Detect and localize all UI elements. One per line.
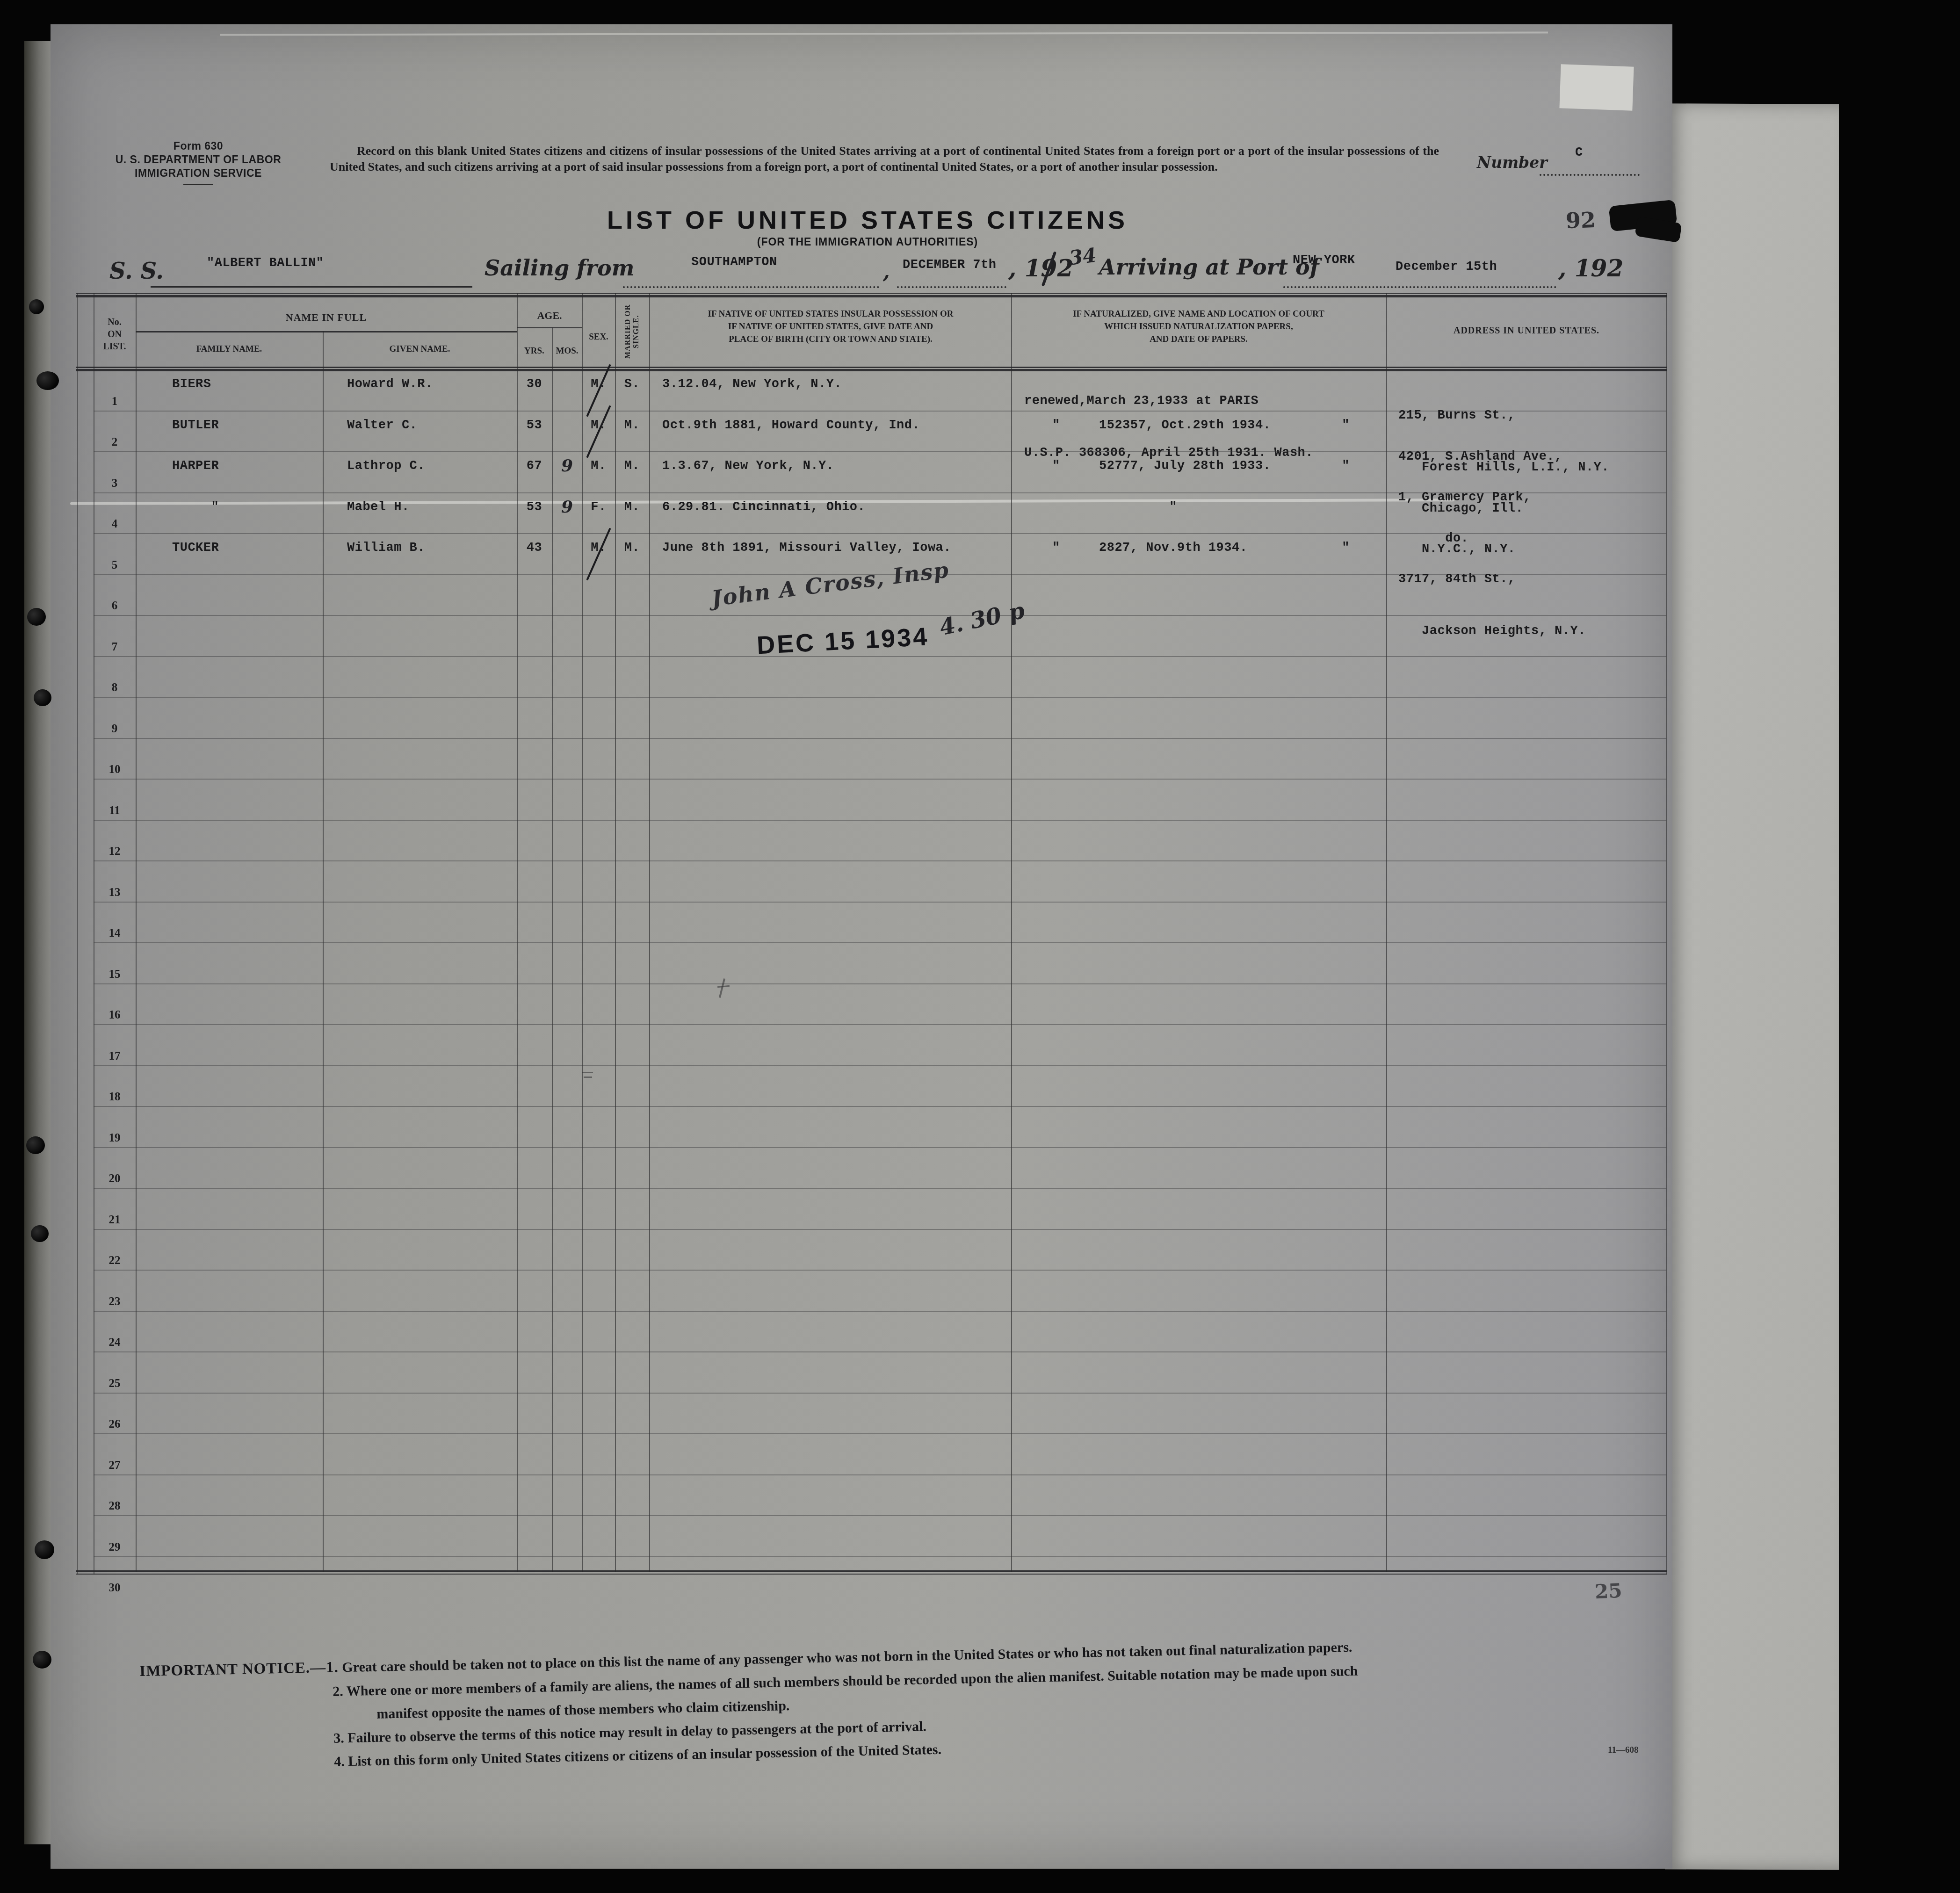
age-header-rule xyxy=(517,327,582,328)
address-cell xyxy=(1386,1394,1666,1434)
number-blank-line xyxy=(1540,174,1640,176)
age-years-cell xyxy=(517,1352,552,1393)
table-row-27: 27 xyxy=(94,1434,1666,1475)
birth-cell: June 8th 1891, Missouri Valley, Iowa. xyxy=(649,534,1011,574)
age-months-cell xyxy=(552,984,582,1025)
address-cell xyxy=(1386,1475,1666,1516)
under-sheet xyxy=(1665,103,1839,1870)
given-name-cell xyxy=(323,1557,517,1597)
table-row-28: 28 xyxy=(94,1475,1666,1517)
married-single-cell xyxy=(615,575,649,615)
married-single-cell xyxy=(615,1475,649,1516)
birth-cell xyxy=(649,1189,1011,1229)
given-name-cell xyxy=(323,984,517,1025)
address-cell xyxy=(1386,575,1666,615)
family-name-cell xyxy=(136,1312,323,1352)
header-married-or-single: MARRIED OR SINGLE. xyxy=(616,296,649,368)
married-single-cell xyxy=(615,1025,649,1065)
sailing-date: DECEMBER 7th xyxy=(903,258,996,272)
address-cell xyxy=(1386,739,1666,779)
age-years-cell xyxy=(517,1271,552,1311)
family-name-cell xyxy=(136,1189,323,1229)
family-name-cell: " xyxy=(136,493,323,534)
arriving-label: Arriving at Port of xyxy=(1099,254,1319,280)
family-name-cell xyxy=(136,821,323,861)
age-years-cell xyxy=(517,903,552,943)
row-number: 1 xyxy=(94,370,136,411)
row-number: 17 xyxy=(94,1025,136,1065)
sailing-port-line xyxy=(623,286,879,288)
table-row-8: 8 xyxy=(94,657,1666,698)
birth-cell xyxy=(649,1312,1011,1352)
given-name-cell xyxy=(323,616,517,656)
header-sex: SEX. xyxy=(582,332,615,342)
divider xyxy=(183,184,213,185)
comma: , xyxy=(883,260,890,283)
table-row-19: 19 xyxy=(94,1107,1666,1148)
address-cell: 1, Gramercy Park, N.Y.C., N.Y. xyxy=(1386,452,1666,492)
table-row-17: 17 xyxy=(94,1025,1666,1066)
birth-cell xyxy=(649,1107,1011,1147)
sex-cell xyxy=(582,739,615,779)
family-name-cell xyxy=(136,861,323,902)
age-years-cell: 30 xyxy=(517,370,552,411)
row-number: 2 xyxy=(94,412,136,452)
sex-cell xyxy=(582,1312,615,1352)
married-single-cell: S. xyxy=(615,370,649,411)
number-value: C xyxy=(1575,146,1583,160)
married-single-cell xyxy=(615,1557,649,1597)
paper-corner xyxy=(1559,64,1634,110)
row-number: 27 xyxy=(94,1434,136,1474)
address-cell xyxy=(1386,698,1666,738)
sex-cell xyxy=(582,861,615,902)
row-number: 18 xyxy=(94,1066,136,1106)
sex-cell xyxy=(582,821,615,861)
name-header-rule xyxy=(136,331,517,332)
printed-year-2: , 192 xyxy=(1558,254,1623,282)
table-row-24: 24 xyxy=(94,1312,1666,1353)
address-cell xyxy=(1386,1066,1666,1106)
given-name-cell xyxy=(323,1312,517,1352)
table-row-11: 11 xyxy=(94,780,1666,821)
row-number: 15 xyxy=(94,943,136,983)
address-cell xyxy=(1386,1107,1666,1147)
header-address: ADDRESS IN UNITED STATES. xyxy=(1391,325,1662,336)
birth-cell xyxy=(649,861,1011,902)
family-name-cell xyxy=(136,943,323,983)
row-number: 14 xyxy=(94,903,136,943)
age-months-cell xyxy=(552,616,582,656)
age-months-cell xyxy=(552,861,582,902)
table-row-21: 21 xyxy=(94,1189,1666,1230)
age-years-cell xyxy=(517,657,552,697)
family-name-cell xyxy=(136,616,323,656)
table-row-1: 1 BIERS Howard W.R. 30 M. S. 3.12.04, Ne… xyxy=(94,370,1666,412)
family-name-cell xyxy=(136,903,323,943)
birth-cell xyxy=(649,984,1011,1025)
table-row-30: 30 xyxy=(94,1557,1666,1597)
sex-cell xyxy=(582,1148,615,1188)
given-name-cell xyxy=(323,575,517,615)
table-row-9: 9 xyxy=(94,698,1666,739)
married-single-cell xyxy=(615,943,649,983)
table-row-26: 26 xyxy=(94,1394,1666,1435)
age-years-cell xyxy=(517,1394,552,1434)
age-years-cell xyxy=(517,616,552,656)
birth-cell: 3.12.04, New York, N.Y. xyxy=(649,370,1011,411)
row-number: 6 xyxy=(94,575,136,615)
hole-punch xyxy=(26,1136,45,1154)
sex-cell xyxy=(582,1230,615,1270)
married-single-cell xyxy=(615,861,649,902)
age-years-cell xyxy=(517,1475,552,1516)
table-row-14: 14 xyxy=(94,903,1666,944)
sex-cell xyxy=(582,1025,615,1065)
family-name-cell xyxy=(136,780,323,820)
arrival-port-line xyxy=(1283,286,1556,288)
table-row-13: 13 xyxy=(94,861,1666,903)
sex-cell xyxy=(582,1475,615,1516)
birth-cell xyxy=(649,1148,1011,1188)
family-name-cell xyxy=(136,657,323,697)
age-years-cell xyxy=(517,1148,552,1188)
sex-cell xyxy=(582,1352,615,1393)
sailing-from-label: Sailing from xyxy=(485,255,634,281)
address-cell xyxy=(1386,1434,1666,1474)
page-title: LIST OF UNITED STATES CITIZENS xyxy=(538,206,1197,235)
given-name-cell: Lathrop C. xyxy=(323,452,517,492)
birth-cell xyxy=(649,739,1011,779)
column-rule xyxy=(77,293,78,1575)
birth-cell xyxy=(649,780,1011,820)
address-cell xyxy=(1386,616,1666,656)
birth-cell xyxy=(649,657,1011,697)
given-name-cell: Howard W.R. xyxy=(323,370,517,411)
row-number: 24 xyxy=(94,1312,136,1352)
table-row-20: 20 xyxy=(94,1148,1666,1189)
address-cell xyxy=(1386,1312,1666,1352)
family-name-cell xyxy=(136,1107,323,1147)
row-number: 12 xyxy=(94,821,136,861)
age-months-cell xyxy=(552,1475,582,1516)
birth-cell xyxy=(649,821,1011,861)
table-row-29: 29 xyxy=(94,1516,1666,1557)
age-years-cell: 53 xyxy=(517,493,552,534)
age-months-cell xyxy=(552,698,582,738)
address-cell xyxy=(1386,1271,1666,1311)
row-number: 3 xyxy=(94,452,136,492)
family-name-cell xyxy=(136,1434,323,1474)
age-months-cell xyxy=(552,903,582,943)
age-months-cell xyxy=(552,1394,582,1434)
address-cell xyxy=(1386,657,1666,697)
table-border-right xyxy=(1666,293,1667,1575)
form-number: Form 630 xyxy=(107,139,290,153)
married-single-cell xyxy=(615,1066,649,1106)
family-name-cell xyxy=(136,1025,323,1065)
sex-cell: M. xyxy=(582,452,615,492)
married-single-cell xyxy=(615,984,649,1025)
address-cell: 215, Burns St., Forest Hills, L.I., N.Y. xyxy=(1386,370,1666,411)
given-name-cell xyxy=(323,903,517,943)
age-years-cell xyxy=(517,739,552,779)
married-single-cell xyxy=(615,1434,649,1474)
row-number: 30 xyxy=(94,1557,136,1597)
family-name-cell: BUTLER xyxy=(136,412,323,452)
family-name-cell xyxy=(136,1475,323,1516)
number-label: Number xyxy=(1477,153,1548,172)
header-family-name: FAMILY NAME. xyxy=(136,344,323,354)
row-number: 28 xyxy=(94,1475,136,1516)
birth-cell: Oct.9th 1881, Howard County, Ind. xyxy=(649,412,1011,452)
form-identifier: Form 630 U. S. DEPARTMENT OF LABOR IMMIG… xyxy=(107,139,290,185)
address-cell xyxy=(1386,1557,1666,1597)
given-name-cell xyxy=(323,1066,517,1106)
age-months-cell: 9 xyxy=(552,493,582,534)
notice-heading: IMPORTANT NOTICE.—1. xyxy=(139,1659,339,1680)
age-years-cell xyxy=(517,1189,552,1229)
age-years-cell xyxy=(517,1025,552,1065)
married-single-cell xyxy=(615,821,649,861)
given-name-cell xyxy=(323,657,517,697)
age-years-cell xyxy=(517,1434,552,1474)
header-age: AGE. xyxy=(517,310,582,322)
family-name-cell xyxy=(136,1066,323,1106)
ditto-mark: " xyxy=(1342,419,1350,433)
row-number: 19 xyxy=(94,1107,136,1147)
row-number: 11 xyxy=(94,780,136,820)
family-name-cell xyxy=(136,1557,323,1597)
sex-cell xyxy=(582,1394,615,1434)
ship-name: "ALBERT BALLIN" xyxy=(207,256,324,270)
family-name-cell xyxy=(136,739,323,779)
given-name-cell xyxy=(323,1271,517,1311)
naturalization-cell xyxy=(1011,1557,1386,1597)
page-subtitle: (FOR THE IMMIGRATION AUTHORITIES) xyxy=(538,236,1197,248)
family-name-cell xyxy=(136,1230,323,1270)
row-number: 5 xyxy=(94,534,136,574)
married-single-cell xyxy=(615,698,649,738)
given-name-cell: Mabel H. xyxy=(323,493,517,534)
married-single-cell xyxy=(615,739,649,779)
family-name-cell: HARPER xyxy=(136,452,323,492)
row-number: 26 xyxy=(94,1394,136,1434)
family-name-cell xyxy=(136,1148,323,1188)
sailing-port: SOUTHAMPTON xyxy=(691,255,777,269)
ship-name-line xyxy=(151,286,472,288)
row-number: 21 xyxy=(94,1189,136,1229)
header-bottom-rule xyxy=(76,367,1667,368)
given-name-cell xyxy=(323,739,517,779)
given-name-cell xyxy=(323,1189,517,1229)
sex-cell xyxy=(582,943,615,983)
arrival-port: NEW YORK xyxy=(1293,253,1355,267)
header-no-on-list: No. ON LIST. xyxy=(94,316,136,353)
given-name-cell xyxy=(323,780,517,820)
row-number: 23 xyxy=(94,1271,136,1311)
given-name-cell xyxy=(323,1148,517,1188)
address-cell xyxy=(1386,821,1666,861)
table-row-4: 4 " Mabel H. 53 9 F. M. 6.29.81. Cincinn… xyxy=(94,493,1666,535)
married-single-cell xyxy=(615,1148,649,1188)
given-name-cell xyxy=(323,1516,517,1556)
given-name-cell xyxy=(323,943,517,983)
given-name-cell xyxy=(323,1025,517,1065)
age-months-cell xyxy=(552,1271,582,1311)
table-border-top xyxy=(76,295,1667,297)
family-name-cell xyxy=(136,984,323,1025)
sex-cell xyxy=(582,575,615,615)
sailing-date-line xyxy=(897,286,1006,288)
page-stamp-92: 92 xyxy=(1565,207,1596,233)
age-months-cell xyxy=(552,1434,582,1474)
age-months-cell xyxy=(552,412,582,452)
department-name: U. S. DEPARTMENT OF LABOR xyxy=(107,153,290,166)
given-name-cell xyxy=(323,698,517,738)
naturalization-value: 152357, Oct.29th 1934. xyxy=(1099,419,1271,433)
header-birth-info: IF NATIVE OF UNITED STATES INSULAR POSSE… xyxy=(654,308,1007,346)
age-months-cell xyxy=(552,1516,582,1556)
header-yrs: YRS. xyxy=(517,346,552,356)
address-cell xyxy=(1386,943,1666,983)
given-name-cell xyxy=(323,861,517,902)
address-cell xyxy=(1386,1148,1666,1188)
row-number: 7 xyxy=(94,616,136,656)
married-single-cell xyxy=(615,903,649,943)
sex-cell xyxy=(582,780,615,820)
married-single-cell: M. xyxy=(615,534,649,574)
married-single-cell xyxy=(615,1312,649,1352)
married-single-cell: M. xyxy=(615,493,649,534)
age-months-cell xyxy=(552,370,582,411)
married-single-cell: M. xyxy=(615,452,649,492)
sex-cell xyxy=(582,1516,615,1556)
address-cell xyxy=(1386,1352,1666,1393)
table-body: 1 BIERS Howard W.R. 30 M. S. 3.12.04, Ne… xyxy=(94,370,1666,1597)
address-cell xyxy=(1386,1025,1666,1065)
printed-year: , 192 xyxy=(1008,254,1073,282)
age-years-cell xyxy=(517,1557,552,1597)
age-months-cell xyxy=(552,1025,582,1065)
header-name-in-full: NAME IN FULL xyxy=(136,311,517,324)
age-years-cell xyxy=(517,984,552,1025)
married-single-cell xyxy=(615,1230,649,1270)
birth-cell xyxy=(649,1230,1011,1270)
row-number: 25 xyxy=(94,1352,136,1393)
age-months-cell xyxy=(552,1312,582,1352)
address-cell: 3717, 84th St., Jackson Heights, N.Y. xyxy=(1386,534,1666,574)
table-row-2: 2 BUTLER Walter C. 53 M. M. Oct.9th 1881… xyxy=(94,412,1666,453)
row-number: 20 xyxy=(94,1148,136,1188)
header-naturalization-info: IF NATURALIZED, GIVE NAME AND LOCATION O… xyxy=(1016,308,1381,346)
given-name-cell xyxy=(323,821,517,861)
header-mos: MOS. xyxy=(552,346,582,356)
sex-cell xyxy=(582,1189,615,1229)
age-months-cell xyxy=(552,1189,582,1229)
age-months-cell xyxy=(552,739,582,779)
address-cell: 4201, S.Ashland Ave., Chicago, Ill. xyxy=(1386,412,1666,452)
hole-punch xyxy=(33,1651,51,1669)
address-cell: do. xyxy=(1386,493,1666,534)
address-cell xyxy=(1386,1189,1666,1229)
sex-cell xyxy=(582,1434,615,1474)
sex-cell xyxy=(582,1271,615,1311)
married-single-cell xyxy=(615,1352,649,1393)
age-months-cell xyxy=(552,534,582,574)
naturalization-value: 2827, Nov.9th 1934. xyxy=(1099,541,1247,555)
hole-punch xyxy=(27,608,46,626)
row-number: 10 xyxy=(94,739,136,779)
birth-cell xyxy=(649,1025,1011,1065)
address-cell xyxy=(1386,984,1666,1025)
hole-punch xyxy=(36,371,59,390)
married-single-cell xyxy=(615,657,649,697)
married-single-cell xyxy=(615,1394,649,1434)
table-row-3: 3 HARPER Lathrop C. 67 9 M. M. 1.3.67, N… xyxy=(94,452,1666,493)
table-row-16: 16 xyxy=(94,984,1666,1026)
family-name-cell: BIERS xyxy=(136,370,323,411)
address-cell xyxy=(1386,1230,1666,1270)
age-months-cell xyxy=(552,1557,582,1597)
hole-punch xyxy=(35,1540,54,1559)
age-months-cell xyxy=(552,1352,582,1393)
age-months-cell: 9 xyxy=(552,452,582,492)
married-single-cell xyxy=(615,1516,649,1556)
birth-cell xyxy=(649,1394,1011,1434)
age-months-cell xyxy=(552,821,582,861)
hole-punch xyxy=(34,689,51,706)
table-row-22: 22 xyxy=(94,1230,1666,1271)
birth-cell xyxy=(649,1516,1011,1556)
family-name-cell: TUCKER xyxy=(136,534,323,574)
age-years-cell xyxy=(517,575,552,615)
table-row-15: 15 xyxy=(94,943,1666,984)
age-months-cell xyxy=(552,1230,582,1270)
table-row-18: 18 xyxy=(94,1066,1666,1107)
sex-cell: F. xyxy=(582,493,615,534)
sex-cell xyxy=(582,1107,615,1147)
hole-punch xyxy=(31,1225,49,1242)
naturalization-value: " xyxy=(1099,500,1177,514)
table-row-23: 23 xyxy=(94,1271,1666,1312)
married-single-cell xyxy=(615,1107,649,1147)
hole-punch xyxy=(29,299,44,314)
age-years-cell xyxy=(517,698,552,738)
table-border-top xyxy=(76,293,1667,294)
birth-cell xyxy=(649,1352,1011,1393)
table-row-10: 10 xyxy=(94,739,1666,780)
row-number: 22 xyxy=(94,1230,136,1270)
arrival-date: December 15th xyxy=(1396,260,1497,274)
birth-cell: 1.3.67, New York, N.Y. xyxy=(649,452,1011,492)
family-name-cell xyxy=(136,698,323,738)
family-name-cell xyxy=(136,1352,323,1393)
ditto-mark: " xyxy=(1342,541,1350,555)
pencil-mark xyxy=(584,1077,592,1078)
age-years-cell: 53 xyxy=(517,412,552,452)
service-name: IMMIGRATION SERVICE xyxy=(107,166,290,180)
given-name-cell xyxy=(323,1475,517,1516)
birth-cell xyxy=(649,698,1011,738)
married-single-cell xyxy=(615,616,649,656)
age-years-cell xyxy=(517,1516,552,1556)
given-name-cell xyxy=(323,1352,517,1393)
age-months-cell xyxy=(552,657,582,697)
age-years-cell xyxy=(517,861,552,902)
age-months-cell xyxy=(552,943,582,983)
birth-cell xyxy=(649,1271,1011,1311)
